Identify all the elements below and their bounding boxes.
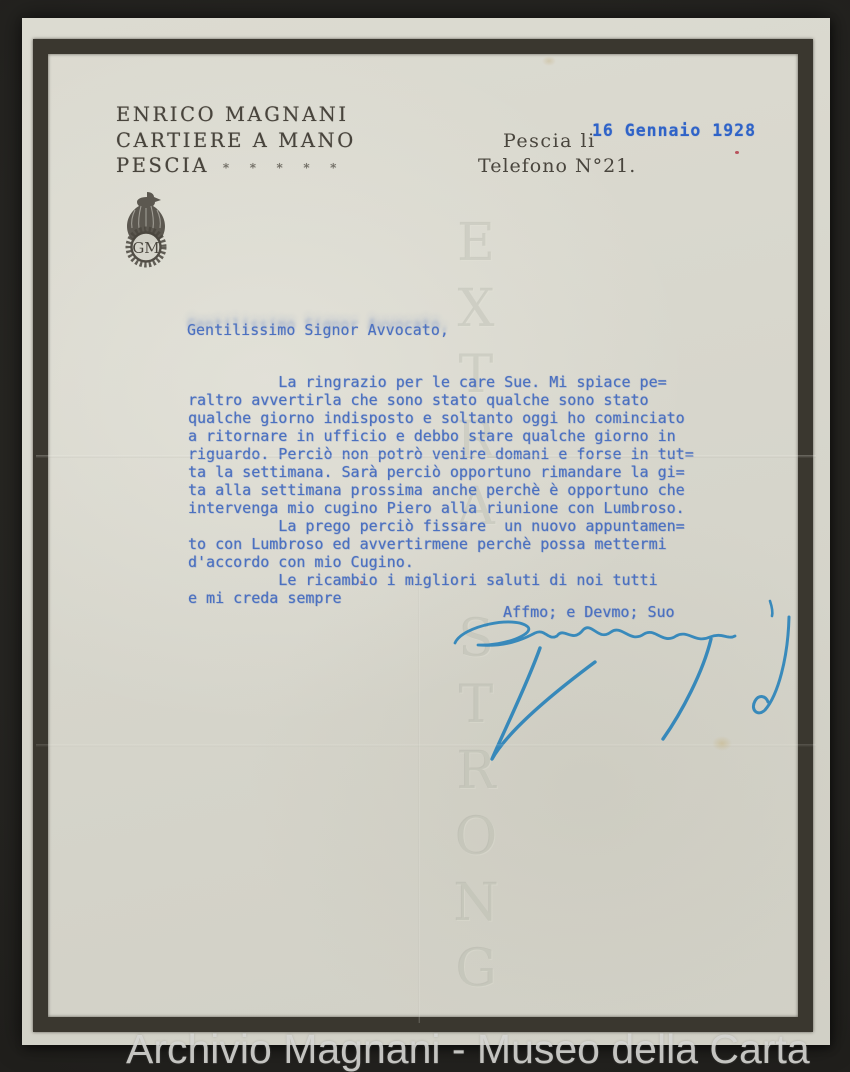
letterhead-city: PESCIA (116, 153, 209, 179)
body-line: to con Lumbroso ed avvertirmene perchè p… (188, 535, 694, 553)
telephone-line: Telefono N°21. (478, 155, 636, 177)
emblem-monogram: GM (132, 239, 159, 257)
letterhead-business: CARTIERE A MANO (116, 128, 356, 154)
salutation: Gentilissimo Signor Avvocato, (187, 321, 449, 339)
letterhead-ornament: * * * * * (223, 156, 338, 182)
body-line: ta alla settimana prossima anche perchè … (188, 481, 694, 499)
body-line: riguardo. Perciò non potrò venire domani… (188, 445, 694, 463)
scan-background: EXTRA STRONG ENRICO MAGNANI CARTIERE A M… (0, 0, 850, 1072)
dateline-place: Pescia li (503, 130, 596, 152)
body-line: Le ricambio i migliori saluti di noi tut… (188, 571, 694, 589)
body-line: La prego perciò fissare un nuovo appunta… (188, 517, 694, 535)
body-line: d'accordo con mio Cugino. (188, 553, 694, 571)
eagle-monogram-emblem-icon: GM (118, 190, 174, 270)
body-line: qualche giorno indisposto e soltanto ogg… (188, 409, 694, 427)
typed-date: 16 Gennaio 1928 (592, 121, 756, 140)
body-line: ta la settimana. Sarà perciò opportuno r… (188, 463, 694, 481)
letter-body: La ringrazio per le care Sue. Mi spiace … (188, 373, 694, 607)
fold-crease-horizontal-upper (36, 455, 816, 458)
letter-paper: EXTRA STRONG ENRICO MAGNANI CARTIERE A M… (22, 18, 830, 1045)
ink-speck (360, 581, 363, 584)
body-line: a ritornare in ufficio e debbo stare qua… (188, 427, 694, 445)
letterhead: ENRICO MAGNANI CARTIERE A MANO PESCIA * … (116, 102, 356, 182)
letterhead-name: ENRICO MAGNANI (116, 102, 356, 128)
body-line: raltro avvertirla che sono stato qualche… (188, 391, 694, 409)
handwritten-signature (430, 590, 800, 775)
archive-caption: Archivio Magnani - Museo della Carta (126, 1027, 850, 1071)
body-line: intervenga mio cugino Piero alla riunion… (188, 499, 694, 517)
fold-crease-horizontal-lower (36, 744, 816, 747)
ink-speck (735, 151, 739, 154)
fold-crease-vertical (418, 578, 420, 1023)
paper-stain (712, 736, 732, 751)
paper-stain (542, 56, 556, 66)
body-line: La ringrazio per le care Sue. Mi spiace … (188, 373, 694, 391)
